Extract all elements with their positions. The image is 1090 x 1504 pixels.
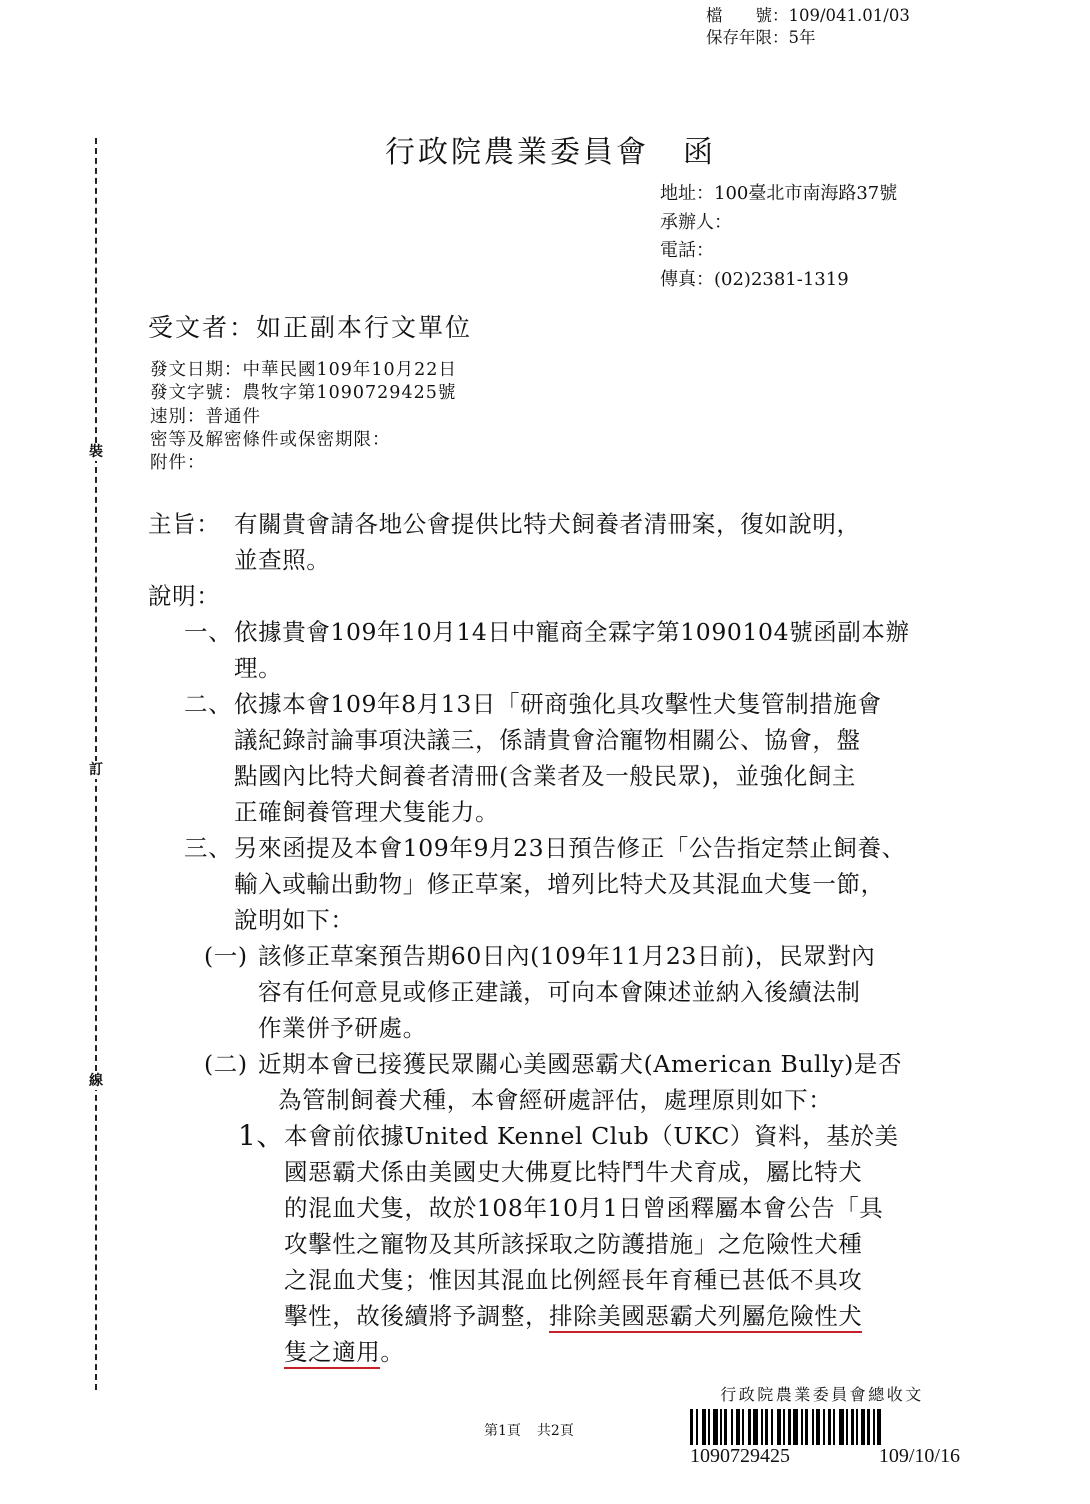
- point-1-line-6-text: 擊性，故後續將予調整，: [284, 1302, 549, 1330]
- explanation-label: 說明：: [148, 578, 220, 614]
- phone-row: 電話：: [660, 237, 897, 266]
- receipt-stamp: 行政院農業委員會總收文 1090729425 109/10/16: [690, 1382, 960, 1468]
- reference-number-row: 發文字號：農牧字第1090729425號: [150, 382, 457, 405]
- document-type: 函: [683, 135, 716, 170]
- speed-value: 普通件: [206, 407, 262, 427]
- item-2-line-3: 點國內比特犬飼養者清冊(含業者及一般民眾)，並強化飼主: [234, 758, 856, 794]
- barcode: [690, 1409, 960, 1445]
- item-3-line-3: 說明如下：: [234, 902, 355, 938]
- binding-mark-ding: 訂: [84, 761, 108, 779]
- highlighted-conclusion-part-2: 隻之適用: [284, 1338, 380, 1369]
- item-3-line-2: 輸入或輸出動物」修正草案，增列比特犬及其混血犬隻一節，: [234, 866, 885, 902]
- receipt-date: 109/10/16: [879, 1445, 960, 1468]
- document-body: 主旨： 有關貴會請各地公會提供比特犬飼養者清冊案，復如說明， 並查照。 說明： …: [148, 506, 988, 1366]
- point-1-line-3: 的混血犬隻，故於108年10月1日曾函釋屬本會公告「具: [284, 1190, 883, 1226]
- attachment-row: 附件：: [150, 452, 457, 475]
- subitem-2-line-1: 近期本會已接獲民眾關心美國惡霸犬(American Bully)是否: [258, 1046, 902, 1082]
- secrecy-row: 密等及解密條件或保密期限：: [150, 429, 457, 452]
- handler-row: 承辦人：: [660, 209, 897, 238]
- subject-line-2: 並查照。: [234, 542, 330, 578]
- fax-label: 傳真：: [660, 269, 714, 290]
- receipt-stamp-numbers: 1090729425 109/10/16: [690, 1445, 960, 1468]
- recipient: 受文者：如正副本行文單位: [148, 308, 472, 344]
- point-1-line-1: 本會前依據United Kennel Club（UKC）資料，基於美: [284, 1118, 899, 1154]
- page-indicator: 第1頁共2頁: [484, 1420, 574, 1440]
- file-meta: 檔 號： 109/041.01/03 保存年限： 5年: [706, 5, 910, 49]
- file-number-row: 檔 號： 109/041.01/03: [706, 5, 910, 27]
- fax-value: (02)2381-1319: [714, 269, 849, 290]
- address-label: 地址：: [660, 183, 714, 204]
- binding-mark-zhuang: 裝: [84, 443, 108, 461]
- retention-row: 保存年限： 5年: [706, 27, 910, 49]
- highlighted-conclusion-part-1: 排除美國惡霸犬列屬危險性犬: [549, 1302, 862, 1333]
- point-1-marker: 1、: [238, 1118, 285, 1154]
- subject-line-1: 有關貴會請各地公會提供比特犬飼養者清冊案，復如說明，: [234, 506, 861, 542]
- recipient-label: 受文者：: [148, 313, 256, 342]
- point-1-line-7: 隻之適用。: [284, 1334, 405, 1370]
- item-3-line-1: 另來函提及本會109年9月23日預告修正「公告指定禁止飼養、: [234, 830, 906, 866]
- page-current: 第1頁: [484, 1423, 521, 1439]
- subitem-1-line-3: 作業併予研處。: [258, 1010, 427, 1046]
- subitem-2-marker: (二): [204, 1046, 248, 1082]
- item-1-marker: 一、: [184, 614, 232, 650]
- item-2-line-1: 依據本會109年8月13日「研商強化具攻擊性犬隻管制措施會: [234, 686, 882, 722]
- subitem-1-line-1: 該修正草案預告期60日內(109年11月23日前)，民眾對內: [258, 938, 875, 974]
- binding-mark-xian: 線: [84, 1072, 108, 1090]
- subitem-1-marker: (一): [204, 938, 248, 974]
- point-1-line-7-tail: 。: [380, 1338, 404, 1366]
- dispatch-date-row: 發文日期：中華民國109年10月22日: [150, 359, 457, 382]
- issuing-organization: 行政院農業委員會: [385, 135, 649, 170]
- reference-number-label: 發文字號：: [150, 383, 243, 403]
- file-number: 109/041.01/03: [789, 5, 910, 27]
- fax-row: 傳真：(02)2381-1319: [660, 266, 897, 295]
- subitem-1-line-2: 容有任何意見或修正建議，可向本會陳述並納入後續法制: [258, 974, 861, 1010]
- point-1-line-6: 擊性，故後續將予調整，排除美國惡霸犬列屬危險性犬: [284, 1298, 862, 1334]
- item-1-line-2: 理。: [234, 650, 282, 686]
- receipt-stamp-title: 行政院農業委員會總收文: [684, 1382, 960, 1405]
- phone-label: 電話：: [660, 240, 714, 261]
- attachment-label: 附件：: [150, 453, 206, 473]
- document-title: 行政院農業委員會函: [385, 127, 716, 171]
- item-3-marker: 三、: [184, 830, 232, 866]
- handler-label: 承辦人：: [660, 212, 732, 233]
- point-1-line-5: 之混血犬隻；惟因其混血比例經長年育種已甚低不具攻: [284, 1262, 862, 1298]
- speed-label: 速別：: [150, 407, 206, 427]
- item-2-line-4: 正確飼養管理犬隻能力。: [234, 794, 499, 830]
- dispatch-date: 中華民國109年10月22日: [243, 360, 457, 380]
- contact-block: 地址：100臺北市南海路37號 承辦人： 電話： 傳真：(02)2381-131…: [660, 180, 897, 294]
- dispatch-info: 發文日期：中華民國109年10月22日 發文字號：農牧字第1090729425號…: [150, 359, 457, 475]
- file-number-label: 檔 號：: [706, 5, 789, 27]
- address-value: 100臺北市南海路37號: [714, 183, 897, 204]
- reference-number: 農牧字第1090729425號: [243, 383, 457, 403]
- receipt-number: 1090729425: [690, 1445, 790, 1468]
- retention-label: 保存年限：: [706, 27, 789, 49]
- page-total: 共2頁: [537, 1423, 574, 1439]
- retention-value: 5年: [789, 27, 816, 49]
- item-1-line-1: 依據貴會109年10月14日中寵商全霖字第1090104號函副本辦: [234, 614, 910, 650]
- point-1-line-4: 攻擊性之寵物及其所該採取之防護措施」之危險性犬種: [284, 1226, 862, 1262]
- dispatch-date-label: 發文日期：: [150, 360, 243, 380]
- subject-label: 主旨：: [148, 506, 220, 542]
- item-2-marker: 二、: [184, 686, 232, 722]
- item-2-line-2: 議紀錄討論事項決議三，係請貴會洽寵物相關公、協會，盤: [234, 722, 861, 758]
- point-1-line-2: 國惡霸犬係由美國史大佛夏比特鬥牛犬育成，屬比特犬: [284, 1154, 862, 1190]
- secrecy-label: 密等及解密條件或保密期限：: [150, 430, 391, 450]
- speed-row: 速別：普通件: [150, 406, 457, 429]
- subitem-2-line-2: 為管制飼養犬種，本會經研處評估，處理原則如下：: [278, 1082, 832, 1118]
- recipient-value: 如正副本行文單位: [256, 313, 472, 342]
- address-row: 地址：100臺北市南海路37號: [660, 180, 897, 209]
